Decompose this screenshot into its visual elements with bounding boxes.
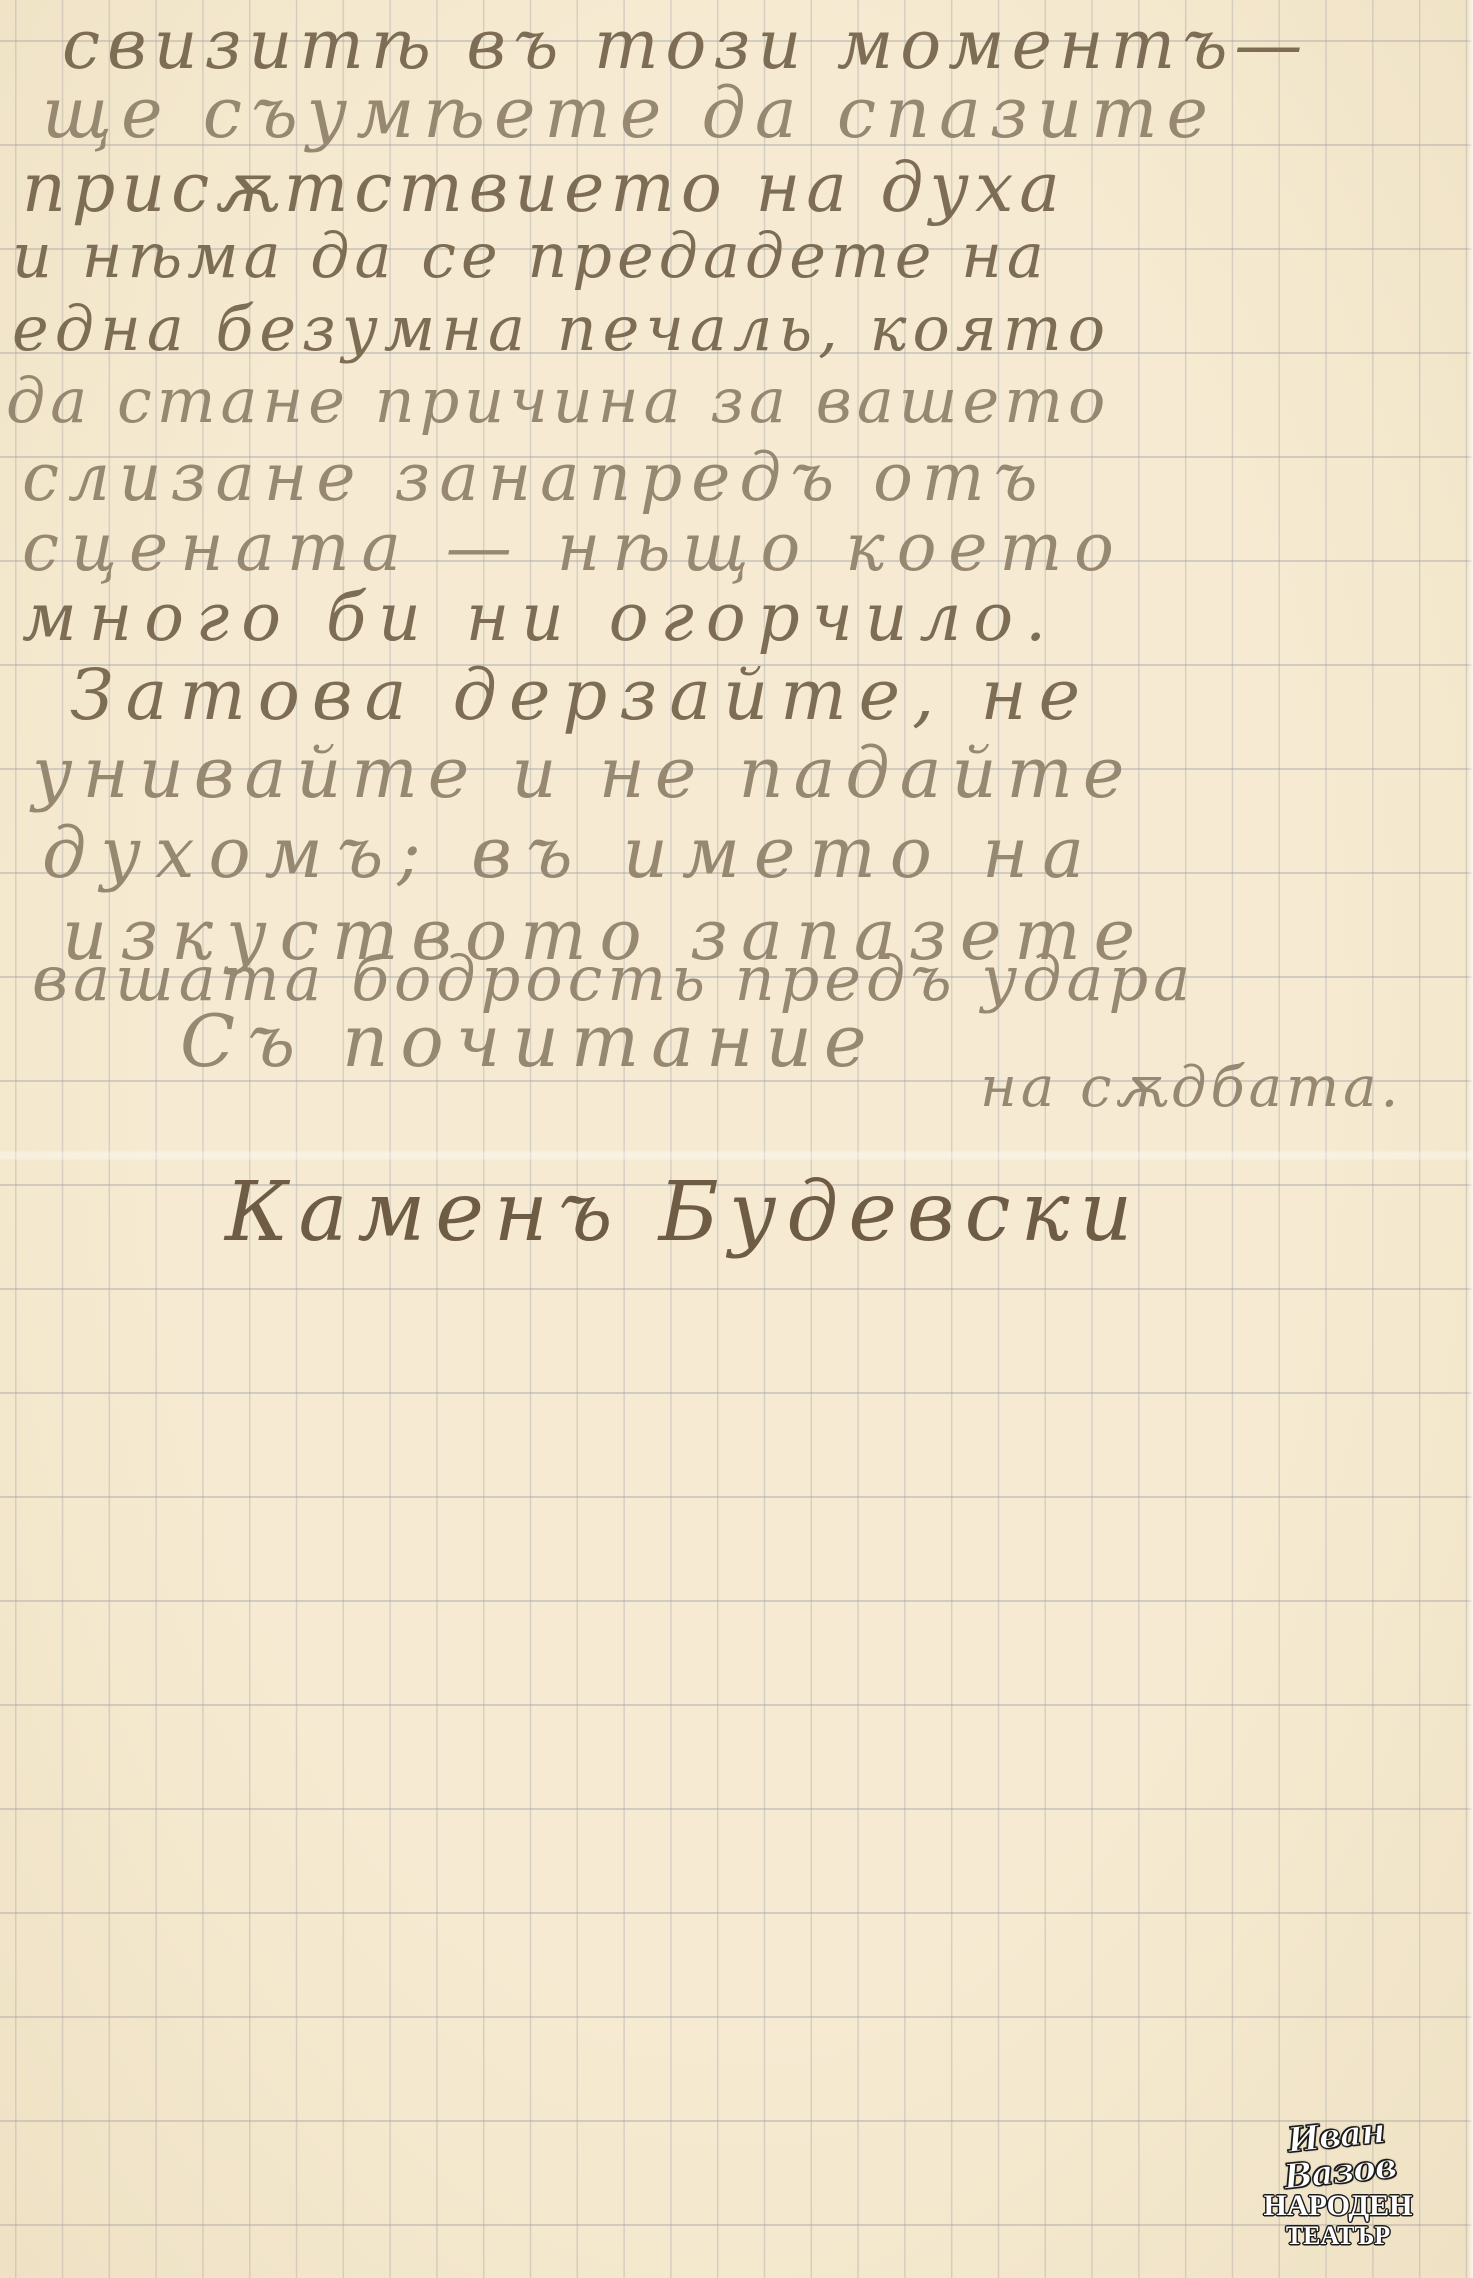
letter-line-10: Затова дерзайте, не — [70, 660, 1092, 730]
closing-continuation: на сѫдбата. — [980, 1060, 1402, 1116]
letter-line-11: унивайте и не падайте — [32, 738, 1134, 808]
letter-line-9: много би ни огорчило. — [22, 585, 1058, 651]
letter-line-2: ще съумѣете да спазите — [42, 78, 1217, 148]
logo-script-text: Иван Вазов — [1245, 2109, 1432, 2199]
letter-line-5: една безумна печаль, която — [12, 298, 1111, 360]
signature: Каменъ Будевски — [225, 1165, 1142, 1260]
letter-line-6: да стане причина за вашето — [6, 370, 1110, 432]
letter-line-8: сцената — нѣщо което — [22, 515, 1126, 581]
logo-line-2: ТЕАТЪР — [1248, 2222, 1428, 2250]
letter-line-7: слизане занапредъ отъ — [22, 445, 1046, 511]
letter-line-1: свизитѣ въ този моментъ— — [62, 12, 1309, 80]
closing-salutation: Съ почитание — [180, 1005, 878, 1077]
paper-edge — [1467, 0, 1473, 2278]
letter-line-4: и нѣма да се предадете на — [12, 225, 1049, 287]
letter-line-12: духомъ; въ името на — [42, 818, 1098, 888]
letter-line-3: присѫтствието на духа — [22, 155, 1066, 223]
national-theatre-logo: Иван Вазов НАРОДЕН ТЕАТЪР — [1248, 2118, 1428, 2250]
